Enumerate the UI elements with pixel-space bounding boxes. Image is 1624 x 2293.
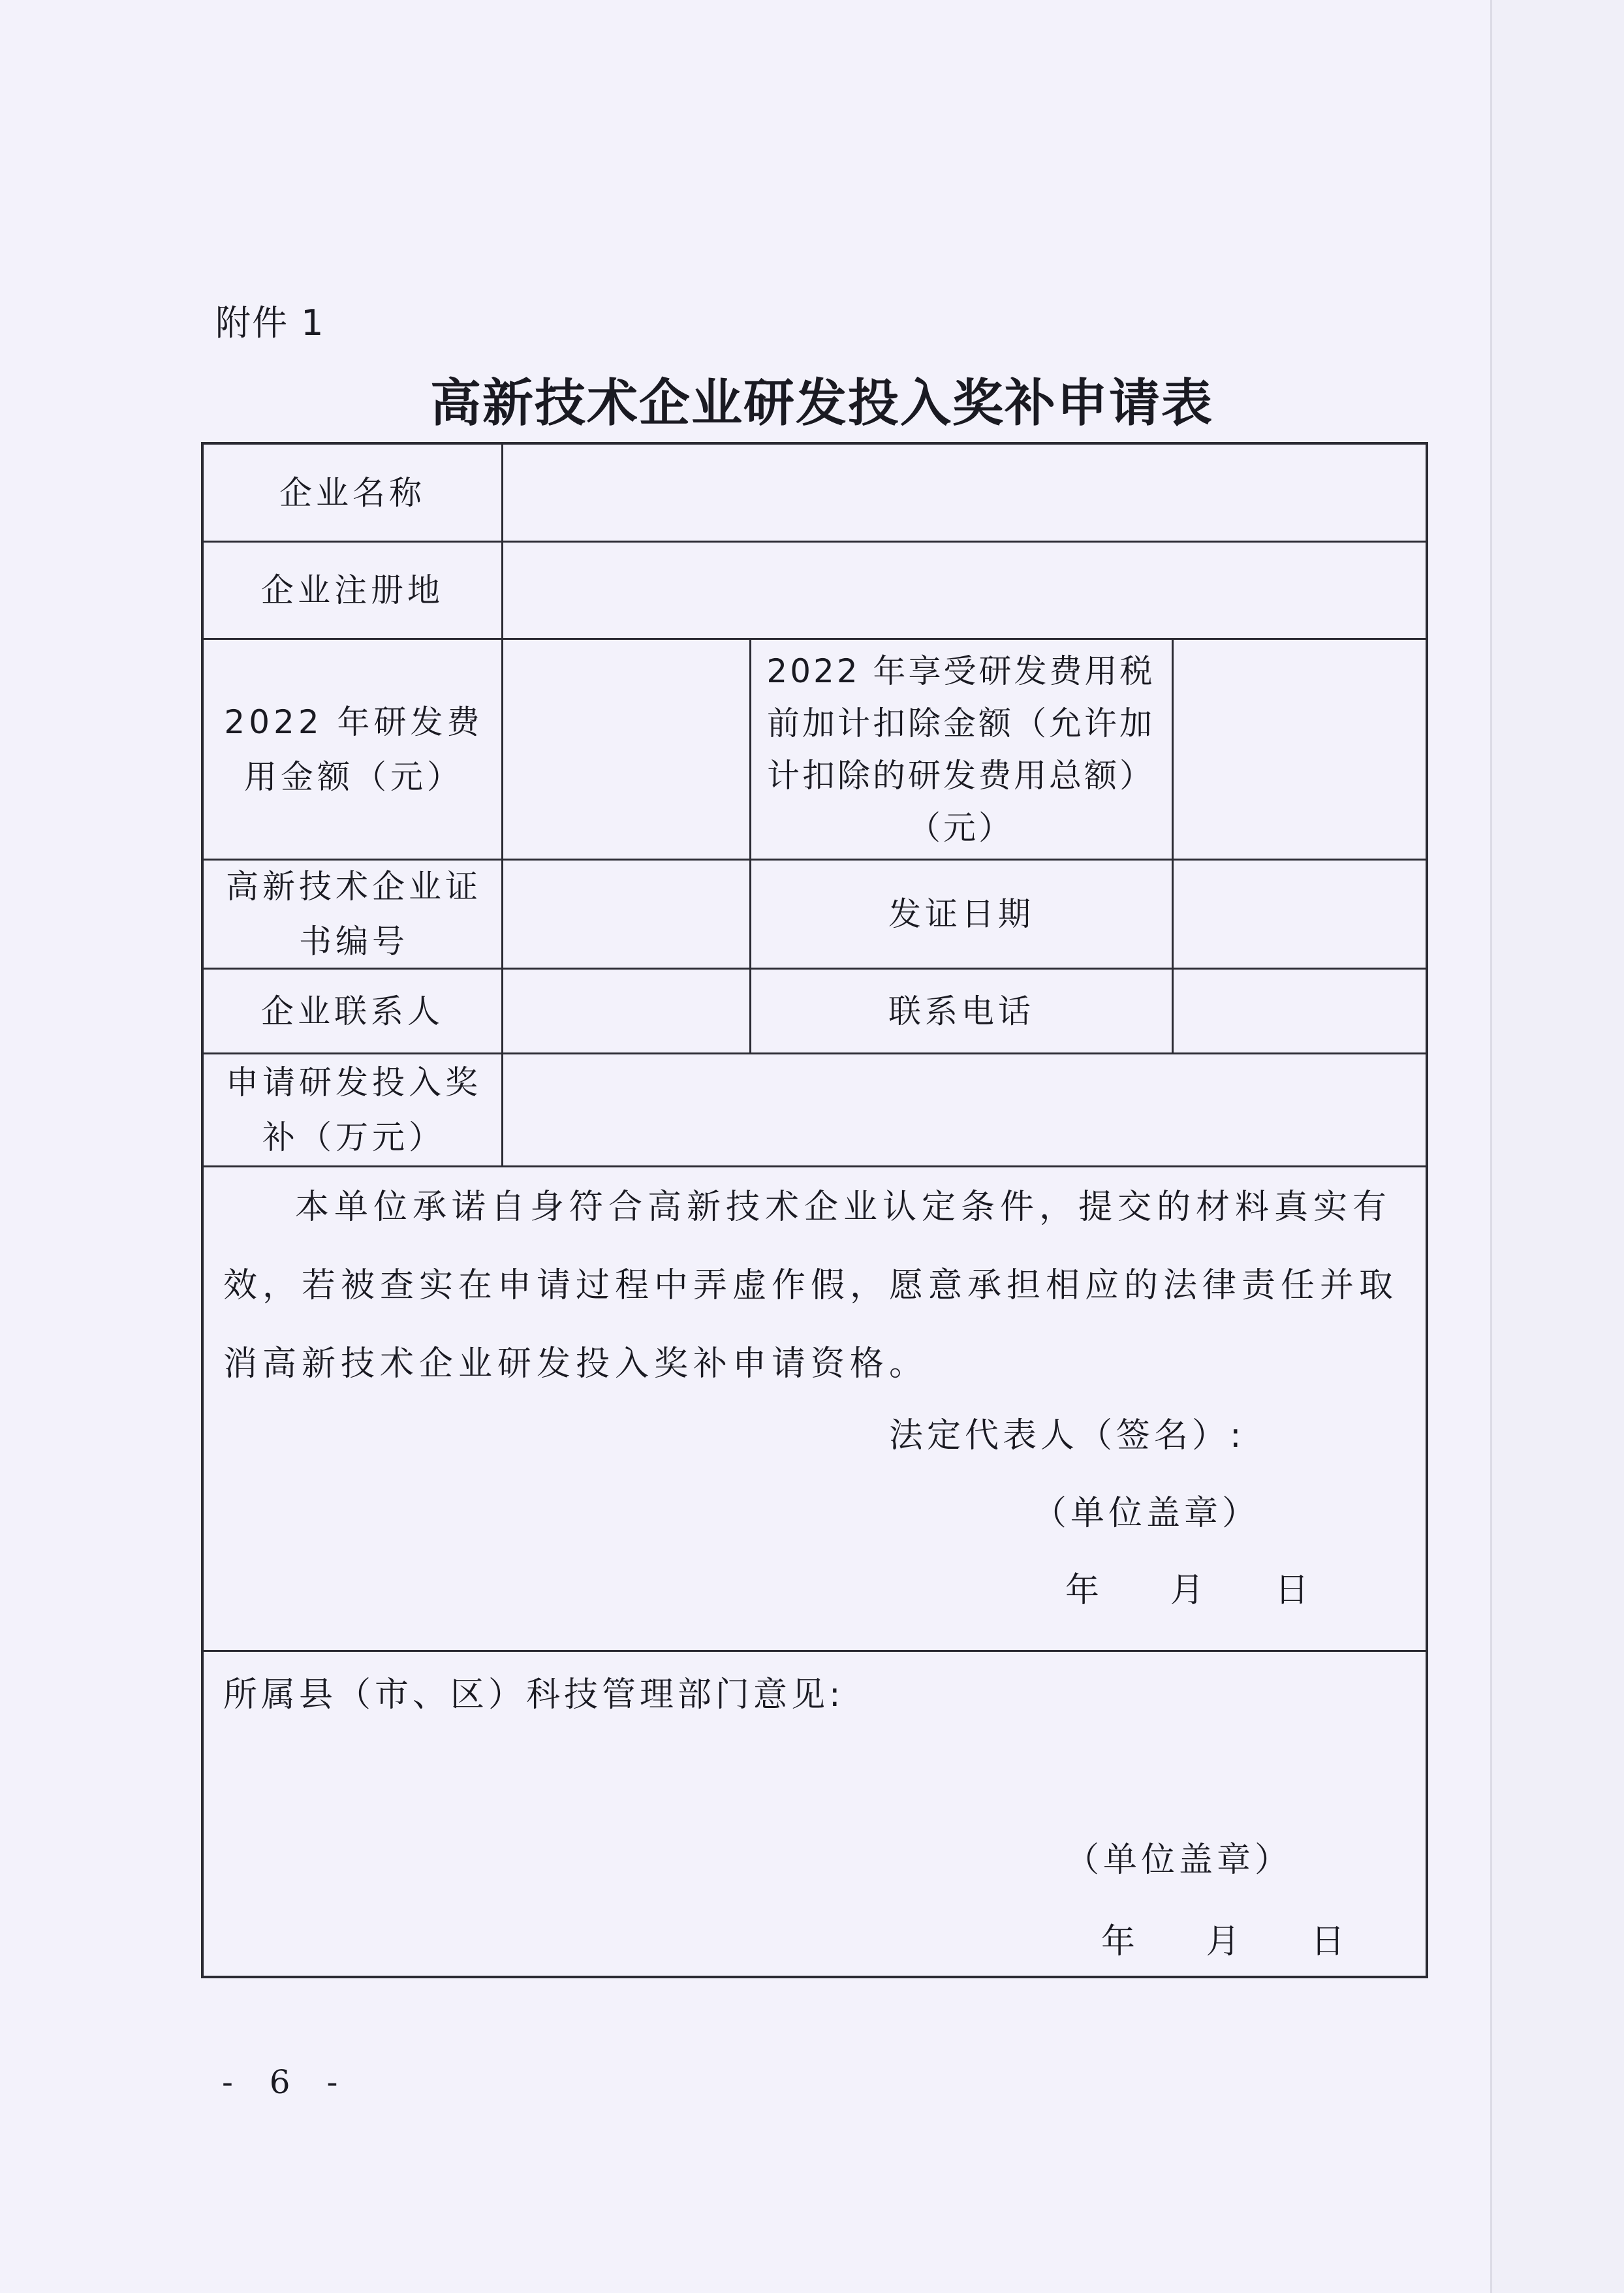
- county-date-year: 年: [1101, 1914, 1139, 1963]
- super-deduction-label: 2022 年享受研发费用税前加计扣除金额（允许加计扣除的研发费用总额）（元）: [758, 640, 1163, 859]
- page-edge-line: [1490, 0, 1492, 2293]
- rd-expense-field[interactable]: [503, 640, 749, 859]
- pledge-text: 本单位承诺自身符合高新技术企业认定条件，提交的材料真实有效，若被查实在申请过程中…: [223, 1168, 1405, 1403]
- issue-date-label: 发证日期: [751, 861, 1172, 968]
- application-form-table: 企业名称 企业注册地 2022 年研发费用金额（元） 2022 年享受研发费用税…: [201, 442, 1428, 1978]
- company-name-label: 企业名称: [204, 445, 501, 541]
- subsidy-requested-field[interactable]: [503, 1054, 1426, 1165]
- legal-representative-signature-label: 法定代表人（签名）:: [889, 1408, 1245, 1457]
- scan-margin: [1492, 0, 1624, 2293]
- cert-number-label: 高新技术企业证书编号: [217, 861, 491, 968]
- contact-person-field[interactable]: [503, 970, 749, 1052]
- pledge-date-month: 月: [1170, 1562, 1208, 1611]
- county-seal-label: （单位盖章）: [1065, 1832, 1292, 1881]
- subsidy-requested-label: 申请研发投入奖补（万元）: [217, 1054, 491, 1165]
- county-date-month: 月: [1206, 1914, 1244, 1963]
- county-date: 年 月 日: [1101, 1914, 1349, 1963]
- row-divider: [204, 1650, 1426, 1652]
- issue-date-field[interactable]: [1174, 861, 1426, 968]
- registered-address-field[interactable]: [503, 543, 1426, 638]
- county-date-day: 日: [1311, 1914, 1349, 1963]
- pledge-seal-label: （单位盖章）: [1033, 1485, 1260, 1534]
- page-number: - 6 -: [222, 2063, 351, 2101]
- registered-address-label: 企业注册地: [204, 543, 501, 638]
- county-opinion-field[interactable]: [204, 1724, 1426, 1842]
- attachment-label: 附件 1: [215, 295, 325, 345]
- contact-phone-field[interactable]: [1174, 970, 1426, 1052]
- pledge-date-year: 年: [1065, 1562, 1103, 1611]
- super-deduction-field[interactable]: [1174, 640, 1426, 859]
- row-divider: [204, 1165, 1426, 1167]
- rd-expense-label: 2022 年研发费用金额（元）: [223, 640, 484, 859]
- contact-phone-label: 联系电话: [751, 970, 1172, 1052]
- company-name-field[interactable]: [503, 445, 1426, 541]
- contact-person-label: 企业联系人: [204, 970, 501, 1052]
- pledge-section: 本单位承诺自身符合高新技术企业认定条件，提交的材料真实有效，若被查实在申请过程中…: [223, 1168, 1405, 1403]
- cert-number-field[interactable]: [503, 861, 749, 968]
- county-opinion-label: 所属县（市、区）科技管理部门意见:: [223, 1667, 845, 1716]
- pledge-date: 年 月 日: [1065, 1562, 1313, 1611]
- pledge-date-day: 日: [1275, 1562, 1313, 1611]
- document-title: 高新技术企业研发投入奖补申请表: [0, 362, 1624, 435]
